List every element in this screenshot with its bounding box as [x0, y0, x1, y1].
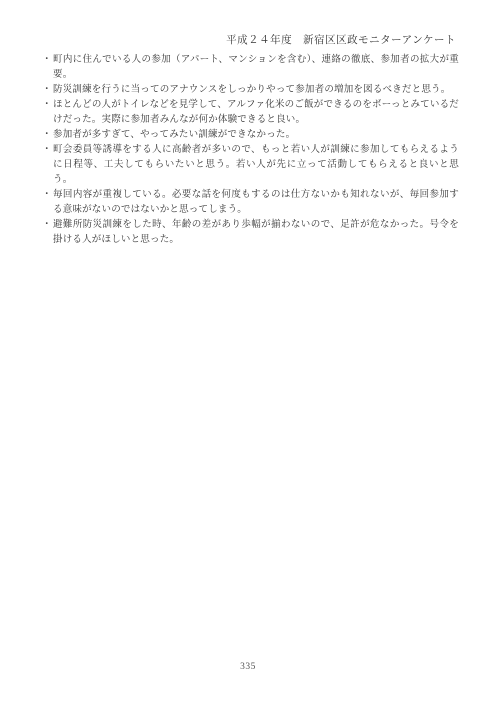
bullet-text: 毎回内容が重複している。必要な話を何度もするのは仕方ないかも知れないが、毎回参加… — [53, 188, 459, 218]
bullet-text: 町内に住んでいる人の参加（アパート、マンションを含む）、連絡の徹底、参加者の拡大… — [53, 53, 459, 83]
bullet-list: ・ 町内に住んでいる人の参加（アパート、マンションを含む）、連絡の徹底、参加者の… — [42, 53, 459, 248]
list-item: ・ 町内に住んでいる人の参加（アパート、マンションを含む）、連絡の徹底、参加者の… — [42, 53, 459, 83]
document-page: 平成２４年度 新宿区区政モニターアンケート ・ 町内に住んでいる人の参加（アパー… — [0, 0, 496, 702]
bullet-icon: ・ — [42, 143, 53, 188]
bullet-text: 参加者が多すぎて、やってみたい訓練ができなかった。 — [53, 128, 459, 143]
bullet-icon: ・ — [42, 128, 53, 143]
bullet-text: 防災訓練を行うに当ってのアナウンスをしっかりやって参加者の増加を図るべきだと思う… — [53, 83, 459, 98]
list-item: ・ 防災訓練を行うに当ってのアナウンスをしっかりやって参加者の増加を図るべきだと… — [42, 83, 459, 98]
bullet-icon: ・ — [42, 83, 53, 98]
page-header-title: 平成２４年度 新宿区区政モニターアンケート — [226, 32, 456, 47]
list-item: ・ 毎回内容が重複している。必要な話を何度もするのは仕方ないかも知れないが、毎回… — [42, 188, 459, 218]
bullet-icon: ・ — [42, 53, 53, 83]
list-item: ・ 避難所防災訓練をした時、年齢の差があり歩幅が揃わないので、足許が危なかった。… — [42, 218, 459, 248]
page-number: 335 — [0, 662, 496, 672]
bullet-text: 町会委員等誘導をする人に高齢者が多いので、もっと若い人が訓練に参加してもらえるよ… — [53, 143, 459, 188]
bullet-text: 避難所防災訓練をした時、年齢の差があり歩幅が揃わないので、足許が危なかった。号令… — [53, 218, 459, 248]
bullet-icon: ・ — [42, 98, 53, 128]
list-item: ・ 参加者が多すぎて、やってみたい訓練ができなかった。 — [42, 128, 459, 143]
list-item: ・ ほとんどの人がトイレなどを見学して、アルファ化米のご飯ができるのをボーっとみ… — [42, 98, 459, 128]
bullet-text: ほとんどの人がトイレなどを見学して、アルファ化米のご飯ができるのをボーっとみてい… — [53, 98, 459, 128]
bullet-icon: ・ — [42, 188, 53, 218]
bullet-icon: ・ — [42, 218, 53, 248]
list-item: ・ 町会委員等誘導をする人に高齢者が多いので、もっと若い人が訓練に参加してもらえ… — [42, 143, 459, 188]
